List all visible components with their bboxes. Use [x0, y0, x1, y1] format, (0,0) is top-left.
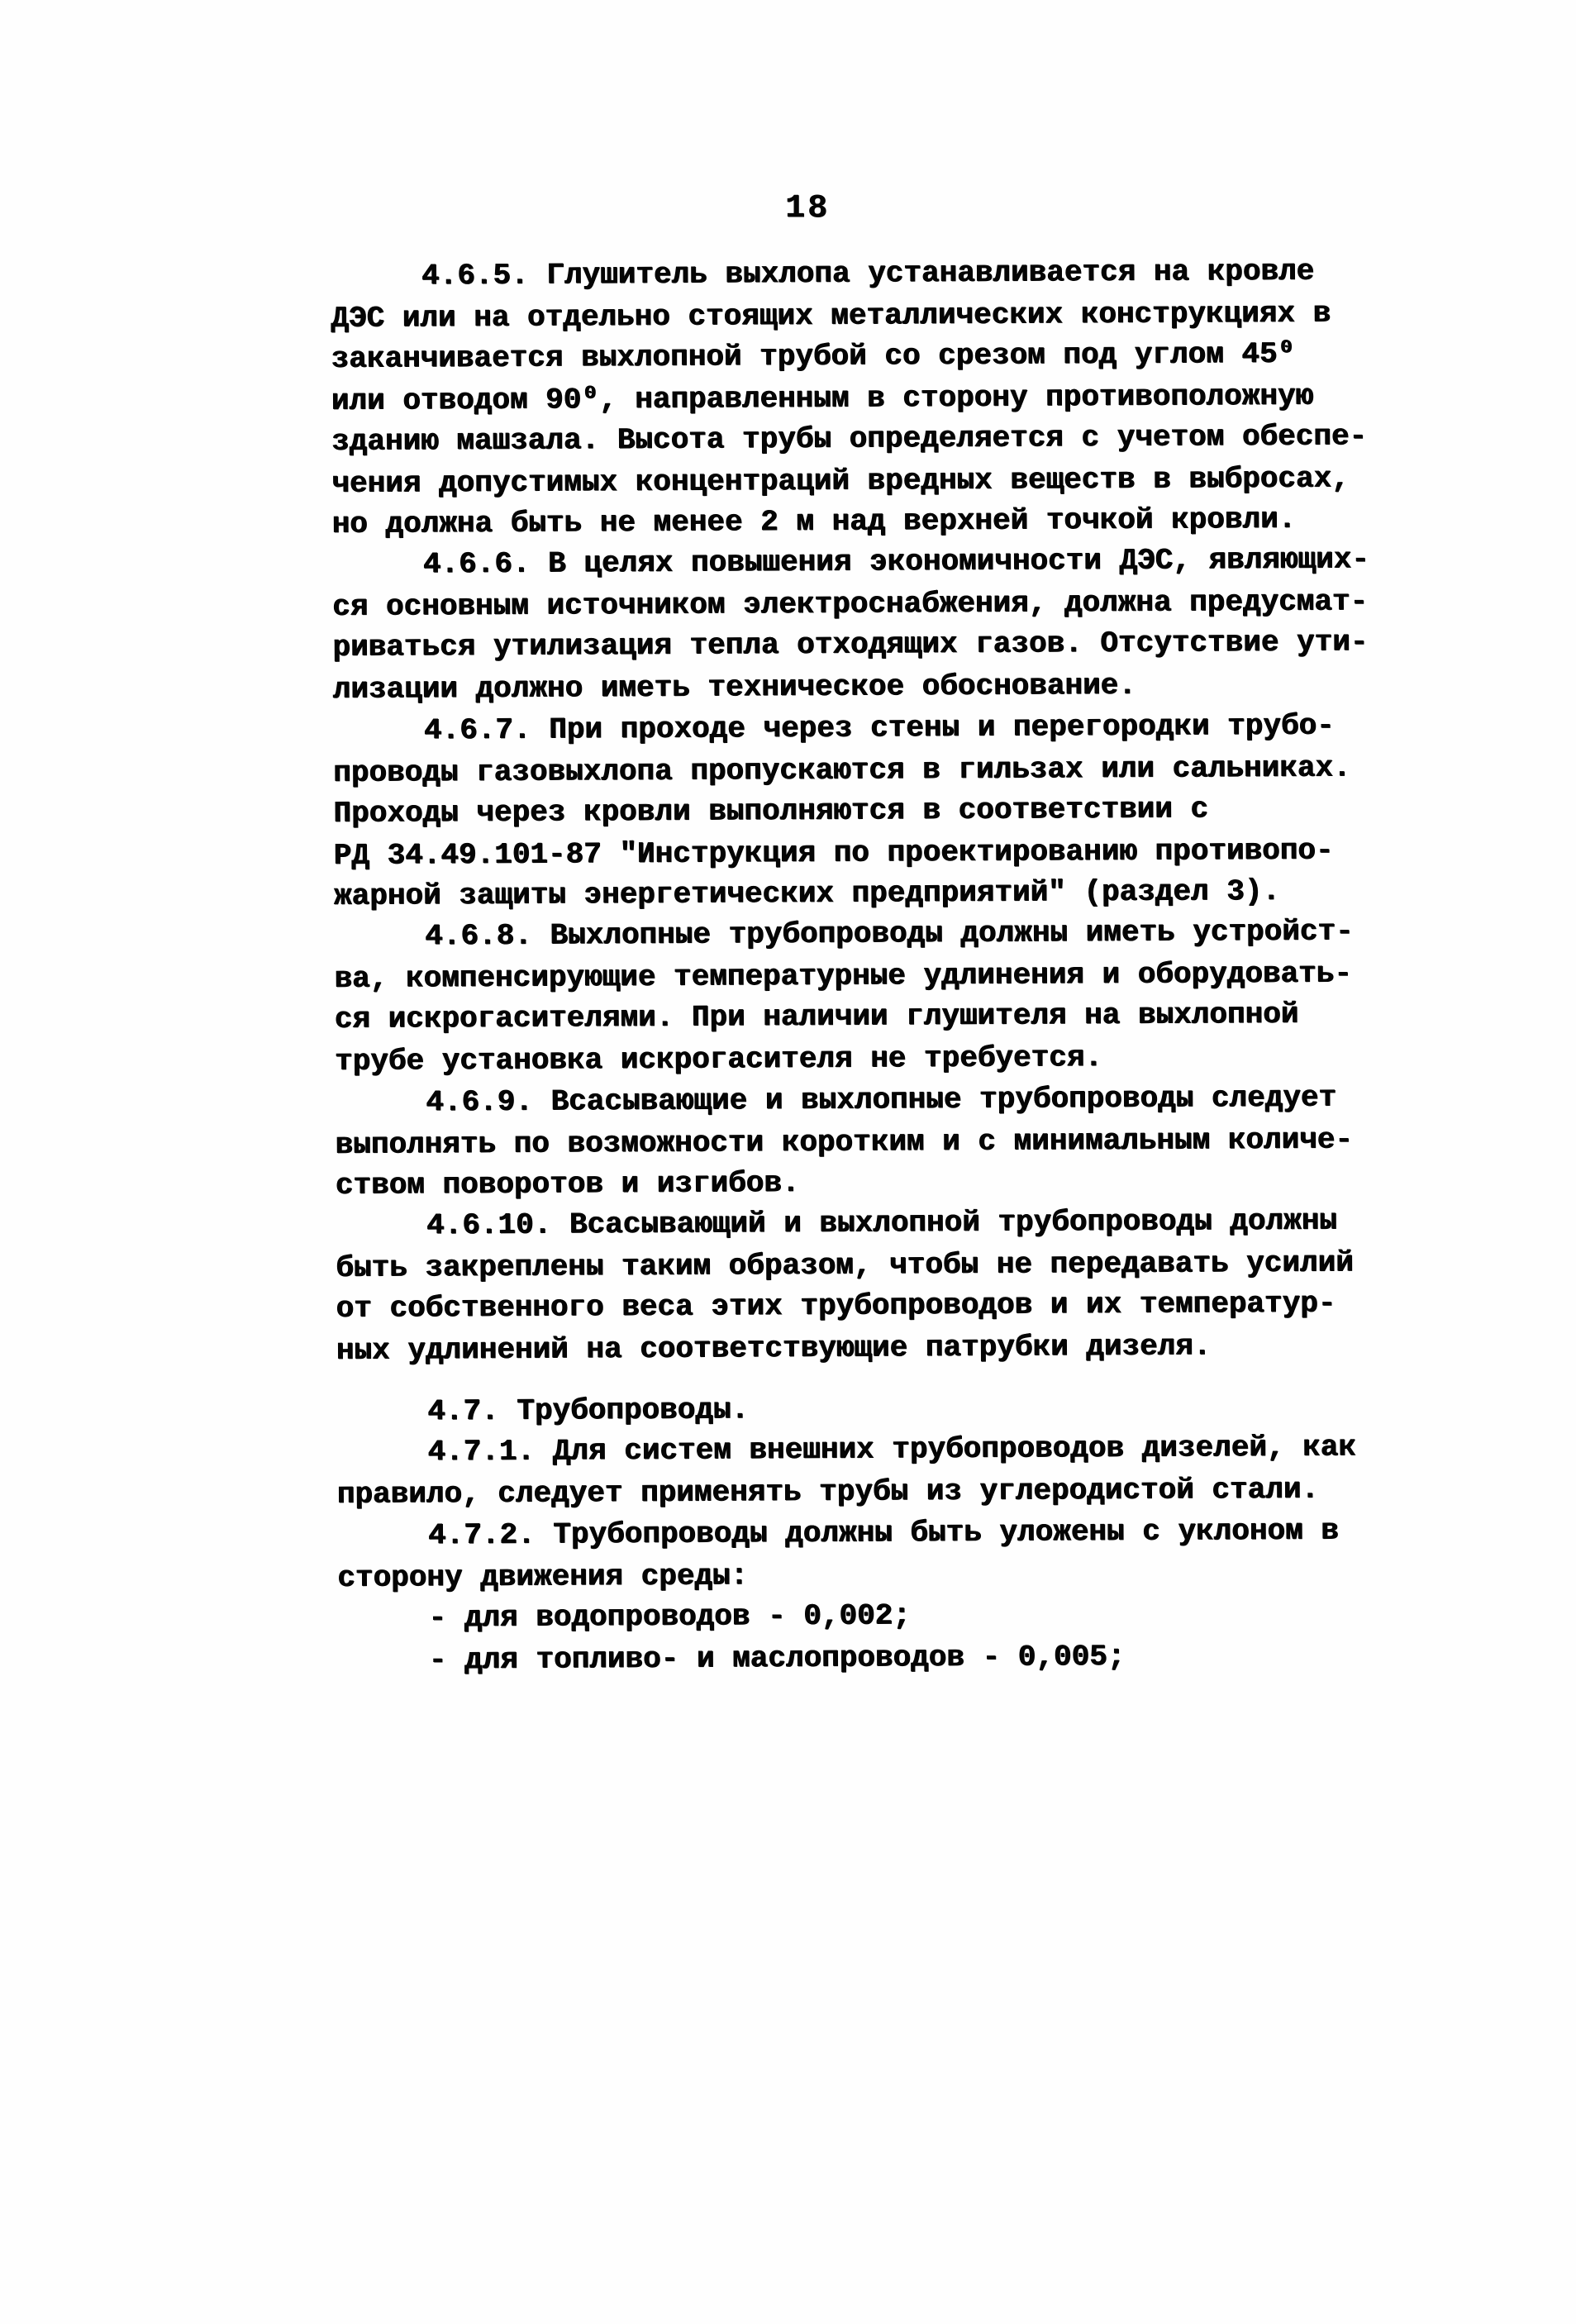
text-line: ся основным источником электроснабжения,… — [332, 581, 1423, 628]
paragraph-4-6-8: 4.6.8. Выхлопные трубопроводы должны име… — [334, 912, 1426, 1083]
text-line: 4.7. Трубопроводы. — [336, 1386, 1427, 1433]
paragraph-4-7-1: 4.7.1. Для систем внешних трубопроводов … — [336, 1427, 1428, 1516]
text-line: 4.6.8. Выхлопные трубопроводы должны име… — [334, 911, 1425, 958]
scanned-page: 18 4.6.5. Глушитель выхлопа устанавливае… — [0, 0, 1576, 2324]
text-line: выполнять по возможности коротким и с ми… — [336, 1119, 1426, 1166]
paragraph-4-7-2: 4.7.2. Трубопроводы должны быть уложены … — [337, 1510, 1429, 1681]
text-line: сторону движения среды: — [337, 1552, 1428, 1599]
text-line: 4.6.9. Всасывающие и выхлопные трубопров… — [335, 1077, 1426, 1124]
text-line: РД 34.49.101-87 "Инструкция по проектиро… — [334, 830, 1425, 877]
text-line: риваться утилизация тепла отходящих газо… — [332, 621, 1423, 669]
text-line: трубе установка искрогасителя не требует… — [335, 1036, 1426, 1083]
text-line: ДЭС или на отдельно стоящих металлически… — [331, 293, 1421, 340]
text-line: проводы газовыхлопа пропускаются в гильз… — [333, 747, 1424, 794]
paragraph-4-6-5: 4.6.5. Глушитель выхлопа устанавливается… — [331, 250, 1423, 545]
text-line: - для водопроводов - 0,002; — [338, 1593, 1429, 1640]
text-line: от собственного веса этих трубопроводов … — [336, 1283, 1427, 1330]
text-line: ся искрогасителями. При наличии глушител… — [335, 993, 1426, 1041]
paragraph-4-6-10: 4.6.10. Всасывающий и выхлопной трубопро… — [336, 1201, 1427, 1372]
text-line: но должна быть не менее 2 м над верхней … — [332, 498, 1423, 545]
text-line: 4.6.10. Всасывающий и выхлопной трубопро… — [336, 1200, 1426, 1247]
text-line: быть закреплены таким образом, чтобы не … — [336, 1242, 1426, 1289]
text-line: правило, следует применять трубы из угле… — [337, 1469, 1428, 1516]
paragraph-4-6-9: 4.6.9. Всасывающие и выхлопные трубопров… — [335, 1077, 1426, 1207]
text-line: 4.7.2. Трубопроводы должны быть уложены … — [337, 1510, 1428, 1557]
text-line: 4.7.1. Для систем внешних трубопроводов … — [336, 1426, 1427, 1474]
text-line: ных удлинений на соответствующие патрубк… — [336, 1325, 1427, 1372]
text-line: - для топливо- и маслопроводов - 0,005; — [338, 1635, 1429, 1682]
page-number: 18 — [785, 190, 830, 227]
text-line: ством поворотов и изгибов. — [336, 1160, 1426, 1207]
text-line: чения допустимых концентраций вредных ве… — [331, 458, 1422, 505]
text-line: заканчивается выхлопной трубой со срезом… — [331, 333, 1422, 380]
text-line: лизации должно иметь техническое обоснов… — [333, 664, 1424, 711]
text-line: или отводом 90⁰, направленным в сторону … — [331, 375, 1422, 422]
text-line: зданию машзала. Высота трубы определяетс… — [331, 416, 1422, 463]
text-line: ва, компенсирующие температурные удлинен… — [334, 953, 1425, 1000]
text-line: жарной защиты энергетических предприятий… — [334, 870, 1425, 917]
text-line: 4.6.7. При проходе через стены и перегор… — [333, 705, 1424, 752]
paragraph-4-7: 4.7. Трубопроводы. — [336, 1386, 1427, 1433]
paragraph-4-6-7: 4.6.7. При проходе через стены и перегор… — [333, 705, 1425, 917]
paragraph-4-6-6: 4.6.6. В целях повышения экономичности Д… — [332, 540, 1424, 711]
document-text: 4.6.5. Глушитель выхлопа устанавливается… — [331, 250, 1429, 1681]
text-line: 4.6.6. В целях повышения экономичности Д… — [332, 539, 1423, 586]
text-line: Проходы через кровли выполняются в соотв… — [333, 788, 1424, 835]
text-line: 4.6.5. Глушитель выхлопа устанавливается… — [331, 250, 1421, 298]
